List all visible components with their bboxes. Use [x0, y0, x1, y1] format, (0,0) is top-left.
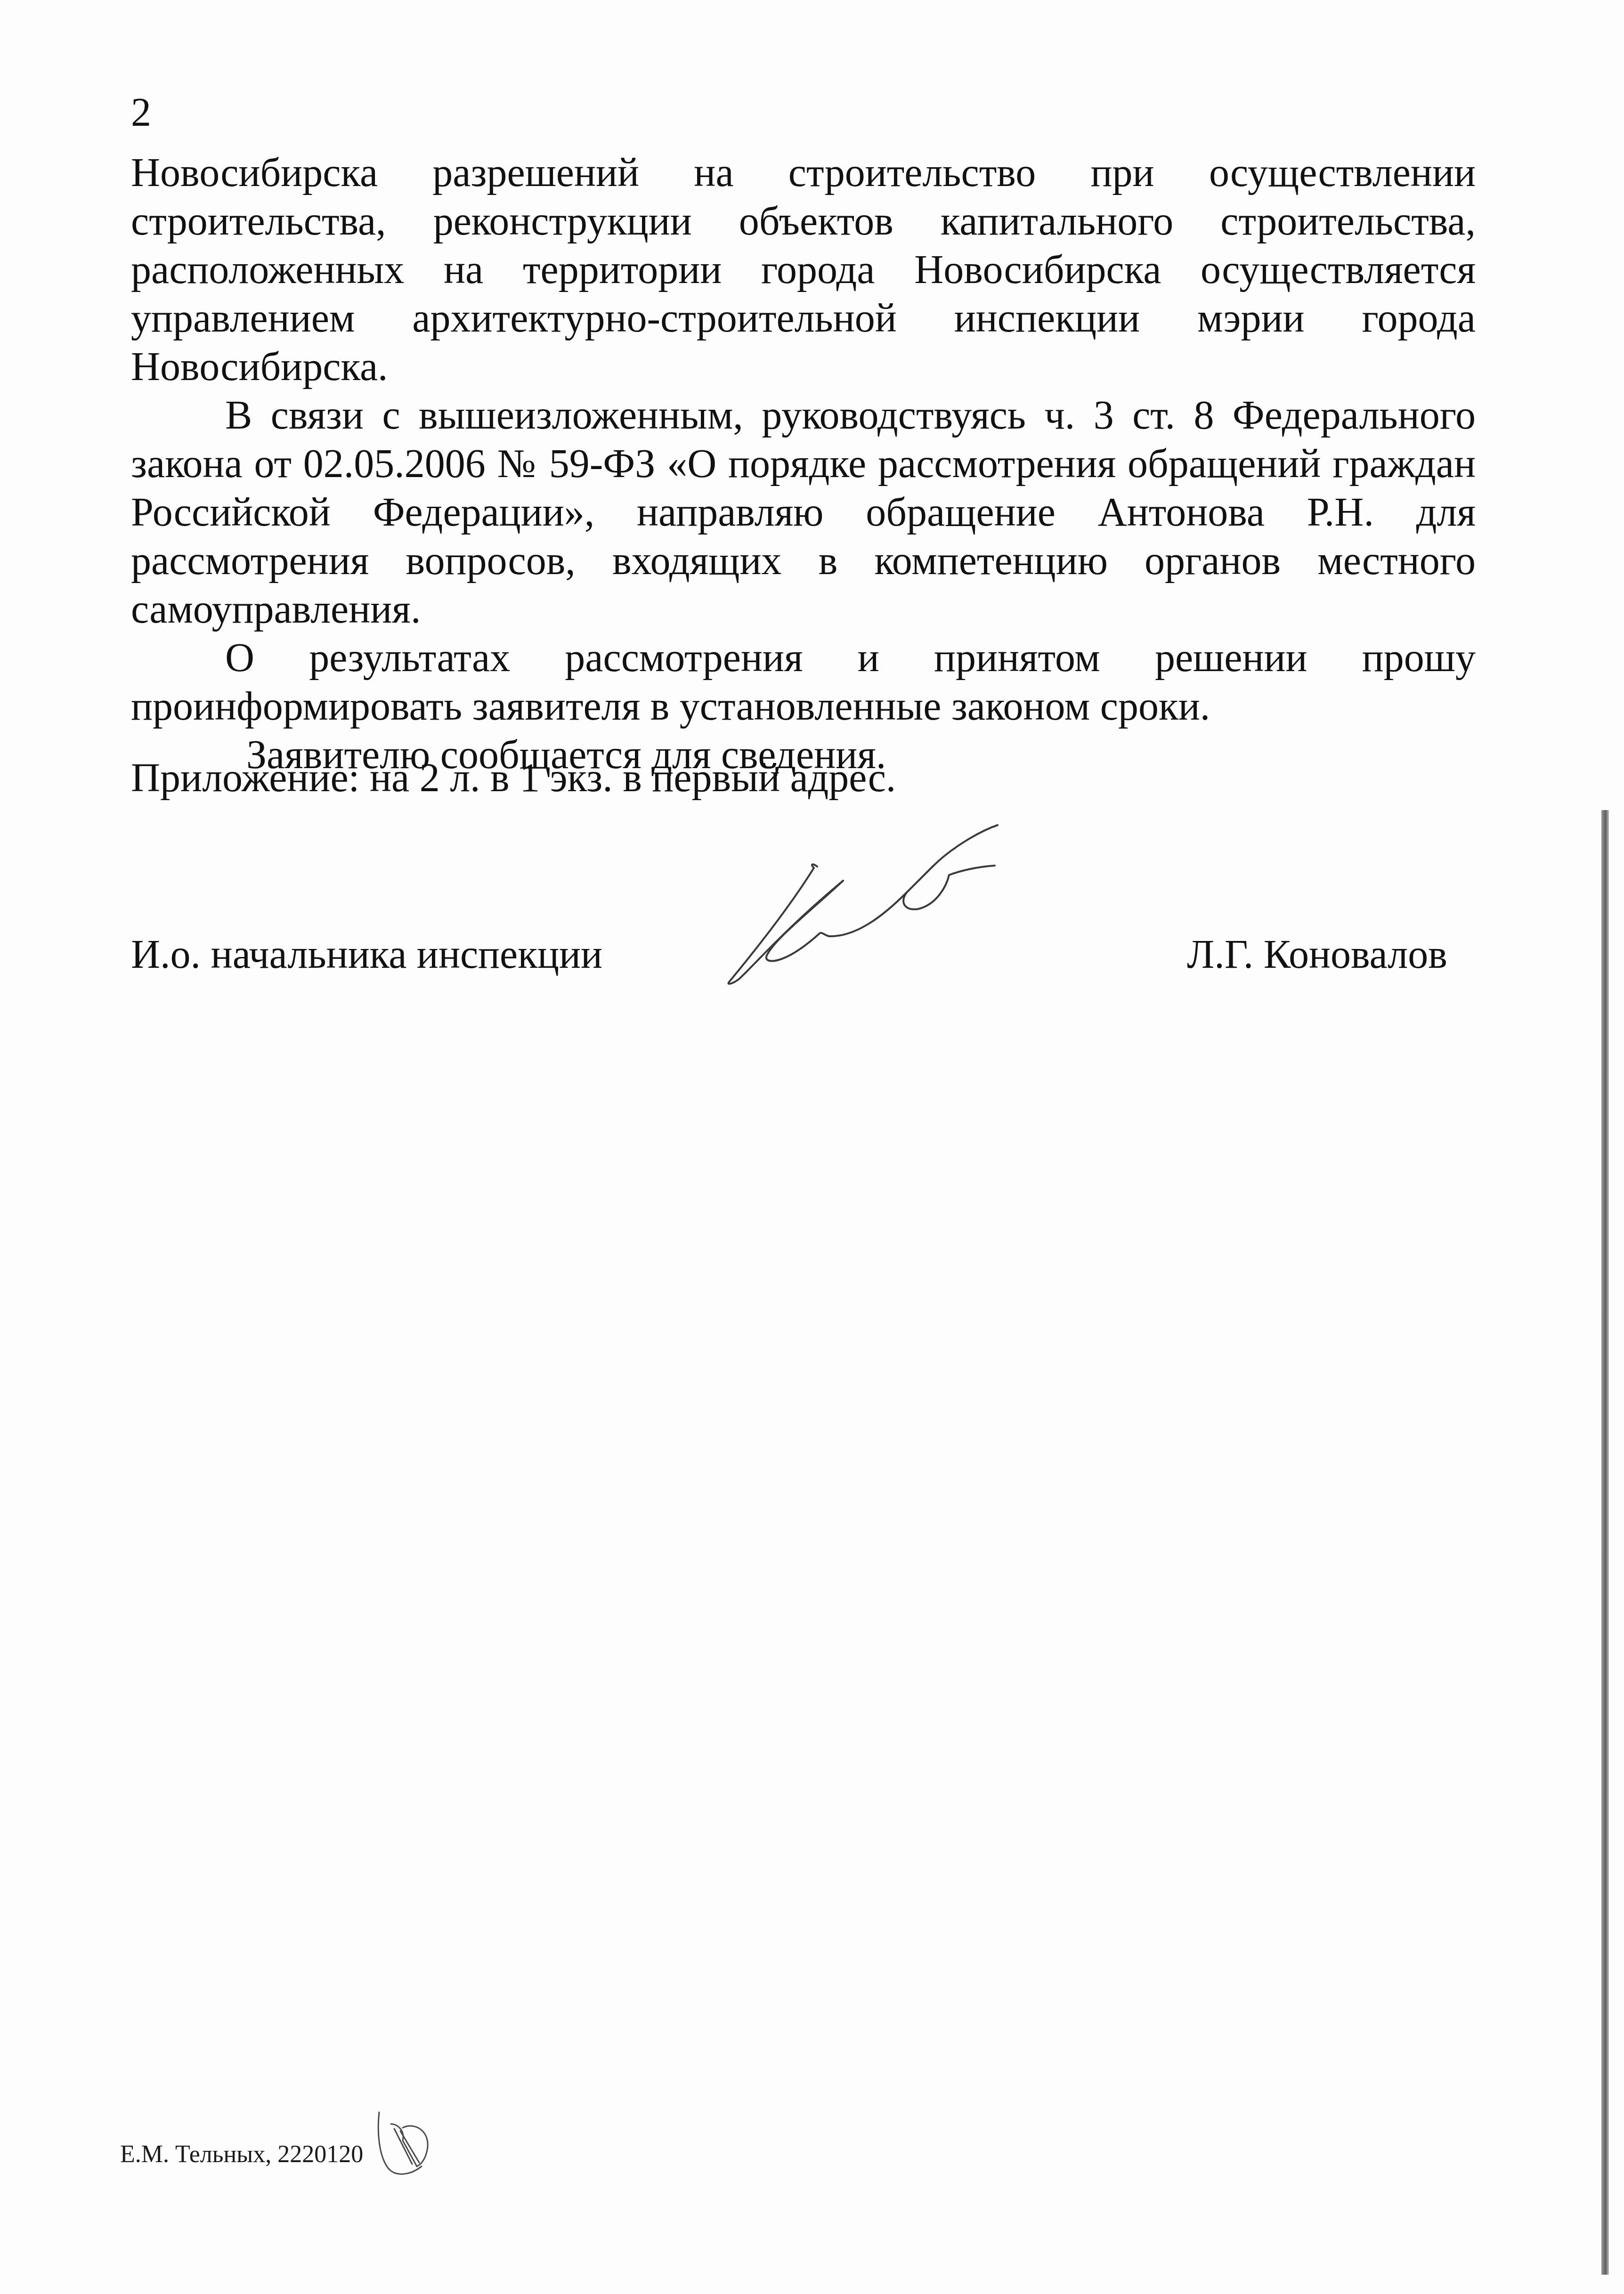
- signer-name: Л.Г. Коновалов: [1187, 930, 1447, 979]
- paragraph-request: О результатах рассмотрения и принятом ре…: [131, 633, 1476, 730]
- signature-icon: [716, 819, 1046, 998]
- page-number: 2: [131, 89, 151, 136]
- paragraph-referral: В связи с вышеизложенным, руководствуясь…: [131, 391, 1476, 633]
- executor-contact: Е.М. Тельных, 2220120: [120, 2140, 363, 2169]
- scan-edge-artifact: [1601, 810, 1609, 2275]
- attachment-note: Приложение: на 2 л. в 1 экз. в первый ад…: [131, 754, 896, 802]
- letter-body: Новосибирска разрешений на строительство…: [131, 148, 1476, 779]
- signer-title: И.о. начальника инспекции: [131, 930, 602, 979]
- paragraph-continuation: Новосибирска разрешений на строительство…: [131, 148, 1476, 391]
- initials-icon: [374, 2110, 450, 2181]
